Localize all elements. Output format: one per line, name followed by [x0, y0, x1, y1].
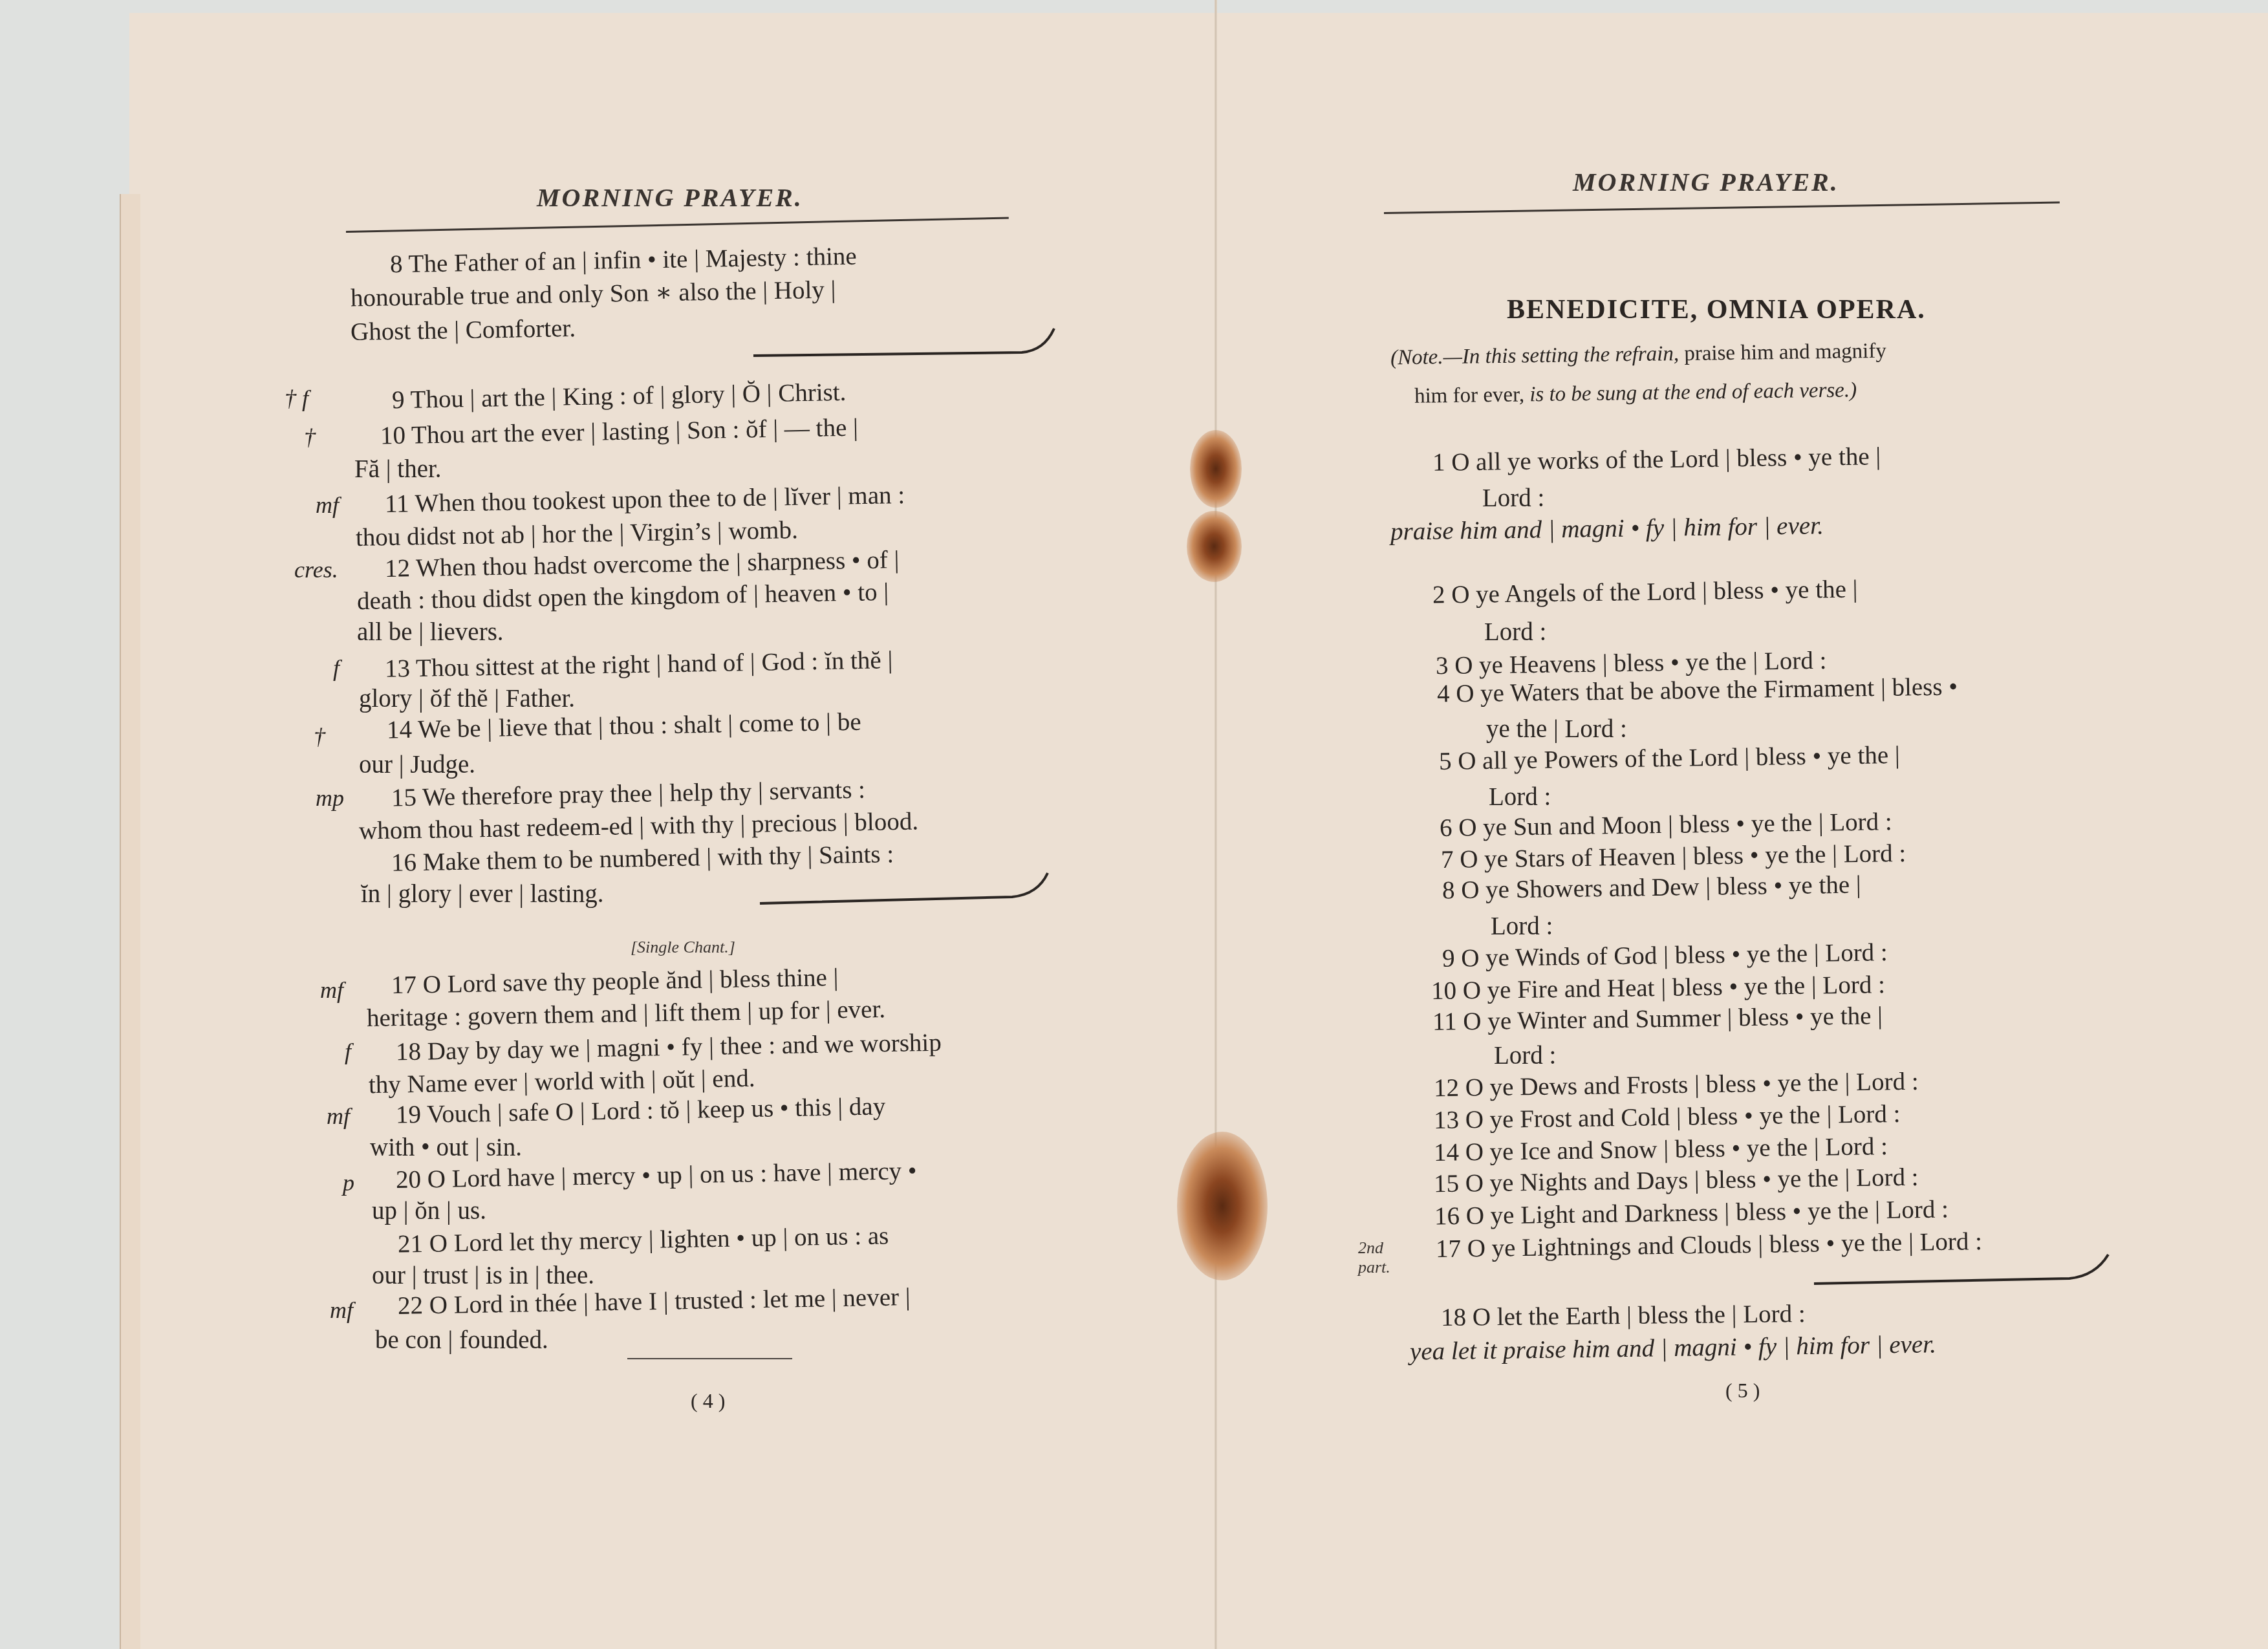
verse-line: be con | founded. — [375, 1326, 548, 1355]
right-running-head: MORNING PRAYER. — [1573, 167, 1839, 197]
canticle-line: Lord : — [1489, 782, 1551, 812]
canticle-line: 18 O let the Earth | bless the | Lord : — [1441, 1299, 1806, 1332]
section-title: BENEDICITE, OMNIA OPERA. — [1507, 294, 1926, 325]
canticle-line: Lord : — [1491, 912, 1553, 941]
canticle-line: 8 O ye Showers and Dew | bless • ye the … — [1442, 870, 1861, 905]
rubric-note-italic: (Note.—In this setting the refrain, — [1390, 342, 1679, 369]
dynamic-mark: mf — [330, 1297, 353, 1324]
left-running-head: MORNING PRAYER. — [537, 182, 803, 213]
dynamic-mark: cres. — [294, 556, 338, 583]
left-page-number: ( 4 ) — [691, 1389, 725, 1413]
dynamic-mark: mf — [320, 976, 343, 1004]
rubric-note-refrain-end: him for ever, — [1414, 383, 1525, 407]
burn-mark-upper-2 — [1187, 511, 1242, 582]
dynamic-mark: † — [304, 424, 316, 451]
chant-end-swoosh — [750, 323, 1061, 362]
verse-line: glory | ŏf thĕ | Father. — [359, 684, 575, 713]
dynamic-mark: f — [345, 1038, 351, 1065]
verse-line: ĭn | glory | ever | lasting. — [361, 879, 603, 909]
verse-line: all be | lievers. — [357, 618, 504, 647]
dynamic-mark: mf — [327, 1103, 350, 1130]
verse-line: our | trust | is in | thee. — [372, 1261, 594, 1290]
burn-mark-upper-1 — [1190, 430, 1242, 508]
canticle-line: ye the | Lord : — [1486, 715, 1627, 744]
dynamic-mark: † — [314, 723, 325, 750]
book-gutter — [1215, 0, 1217, 1649]
dynamic-mark: mp — [316, 784, 344, 812]
end-rule — [627, 1358, 792, 1359]
canticle-line: 2 O ye Angels of the Lord | bless • ye t… — [1432, 574, 1858, 609]
verse-line: Ghost the | Comforter. — [351, 314, 576, 347]
verse-line: up | ŏn | us. — [372, 1196, 486, 1225]
right-page-number: ( 5 ) — [1725, 1379, 1760, 1403]
dynamic-mark: p — [343, 1169, 354, 1196]
verse-line: our | Judge. — [359, 750, 475, 779]
page-stack-edge — [120, 194, 140, 1649]
canticle-line: 9 O ye Winds of God | bless • ye the | L… — [1442, 938, 1888, 973]
chant-end-swoosh — [757, 870, 1054, 909]
burn-mark-lower — [1177, 1132, 1268, 1280]
verse-line: with • out | sin. — [370, 1133, 522, 1162]
rubric-note-italic-end: is to be sung at the end of each verse.) — [1524, 378, 1857, 406]
canticle-line: Lord : — [1482, 484, 1544, 513]
canticle-line: Lord : — [1494, 1041, 1556, 1070]
dynamic-mark: mf — [316, 491, 339, 519]
chant-end-swoosh — [1811, 1251, 2115, 1290]
verse-line: Fă | ther. — [354, 455, 442, 484]
refrain-line: praise him and | magni • fy | him for | … — [1390, 511, 1824, 546]
dynamic-mark: f — [333, 654, 340, 682]
rubric-note-refrain: praise him and magnify — [1679, 339, 1886, 365]
canticle-line: Lord : — [1484, 618, 1546, 647]
dynamic-mark: † f — [285, 385, 308, 412]
second-part-mark: 2nd part. — [1358, 1238, 1403, 1277]
section-label: [Single Chant.] — [631, 938, 735, 957]
